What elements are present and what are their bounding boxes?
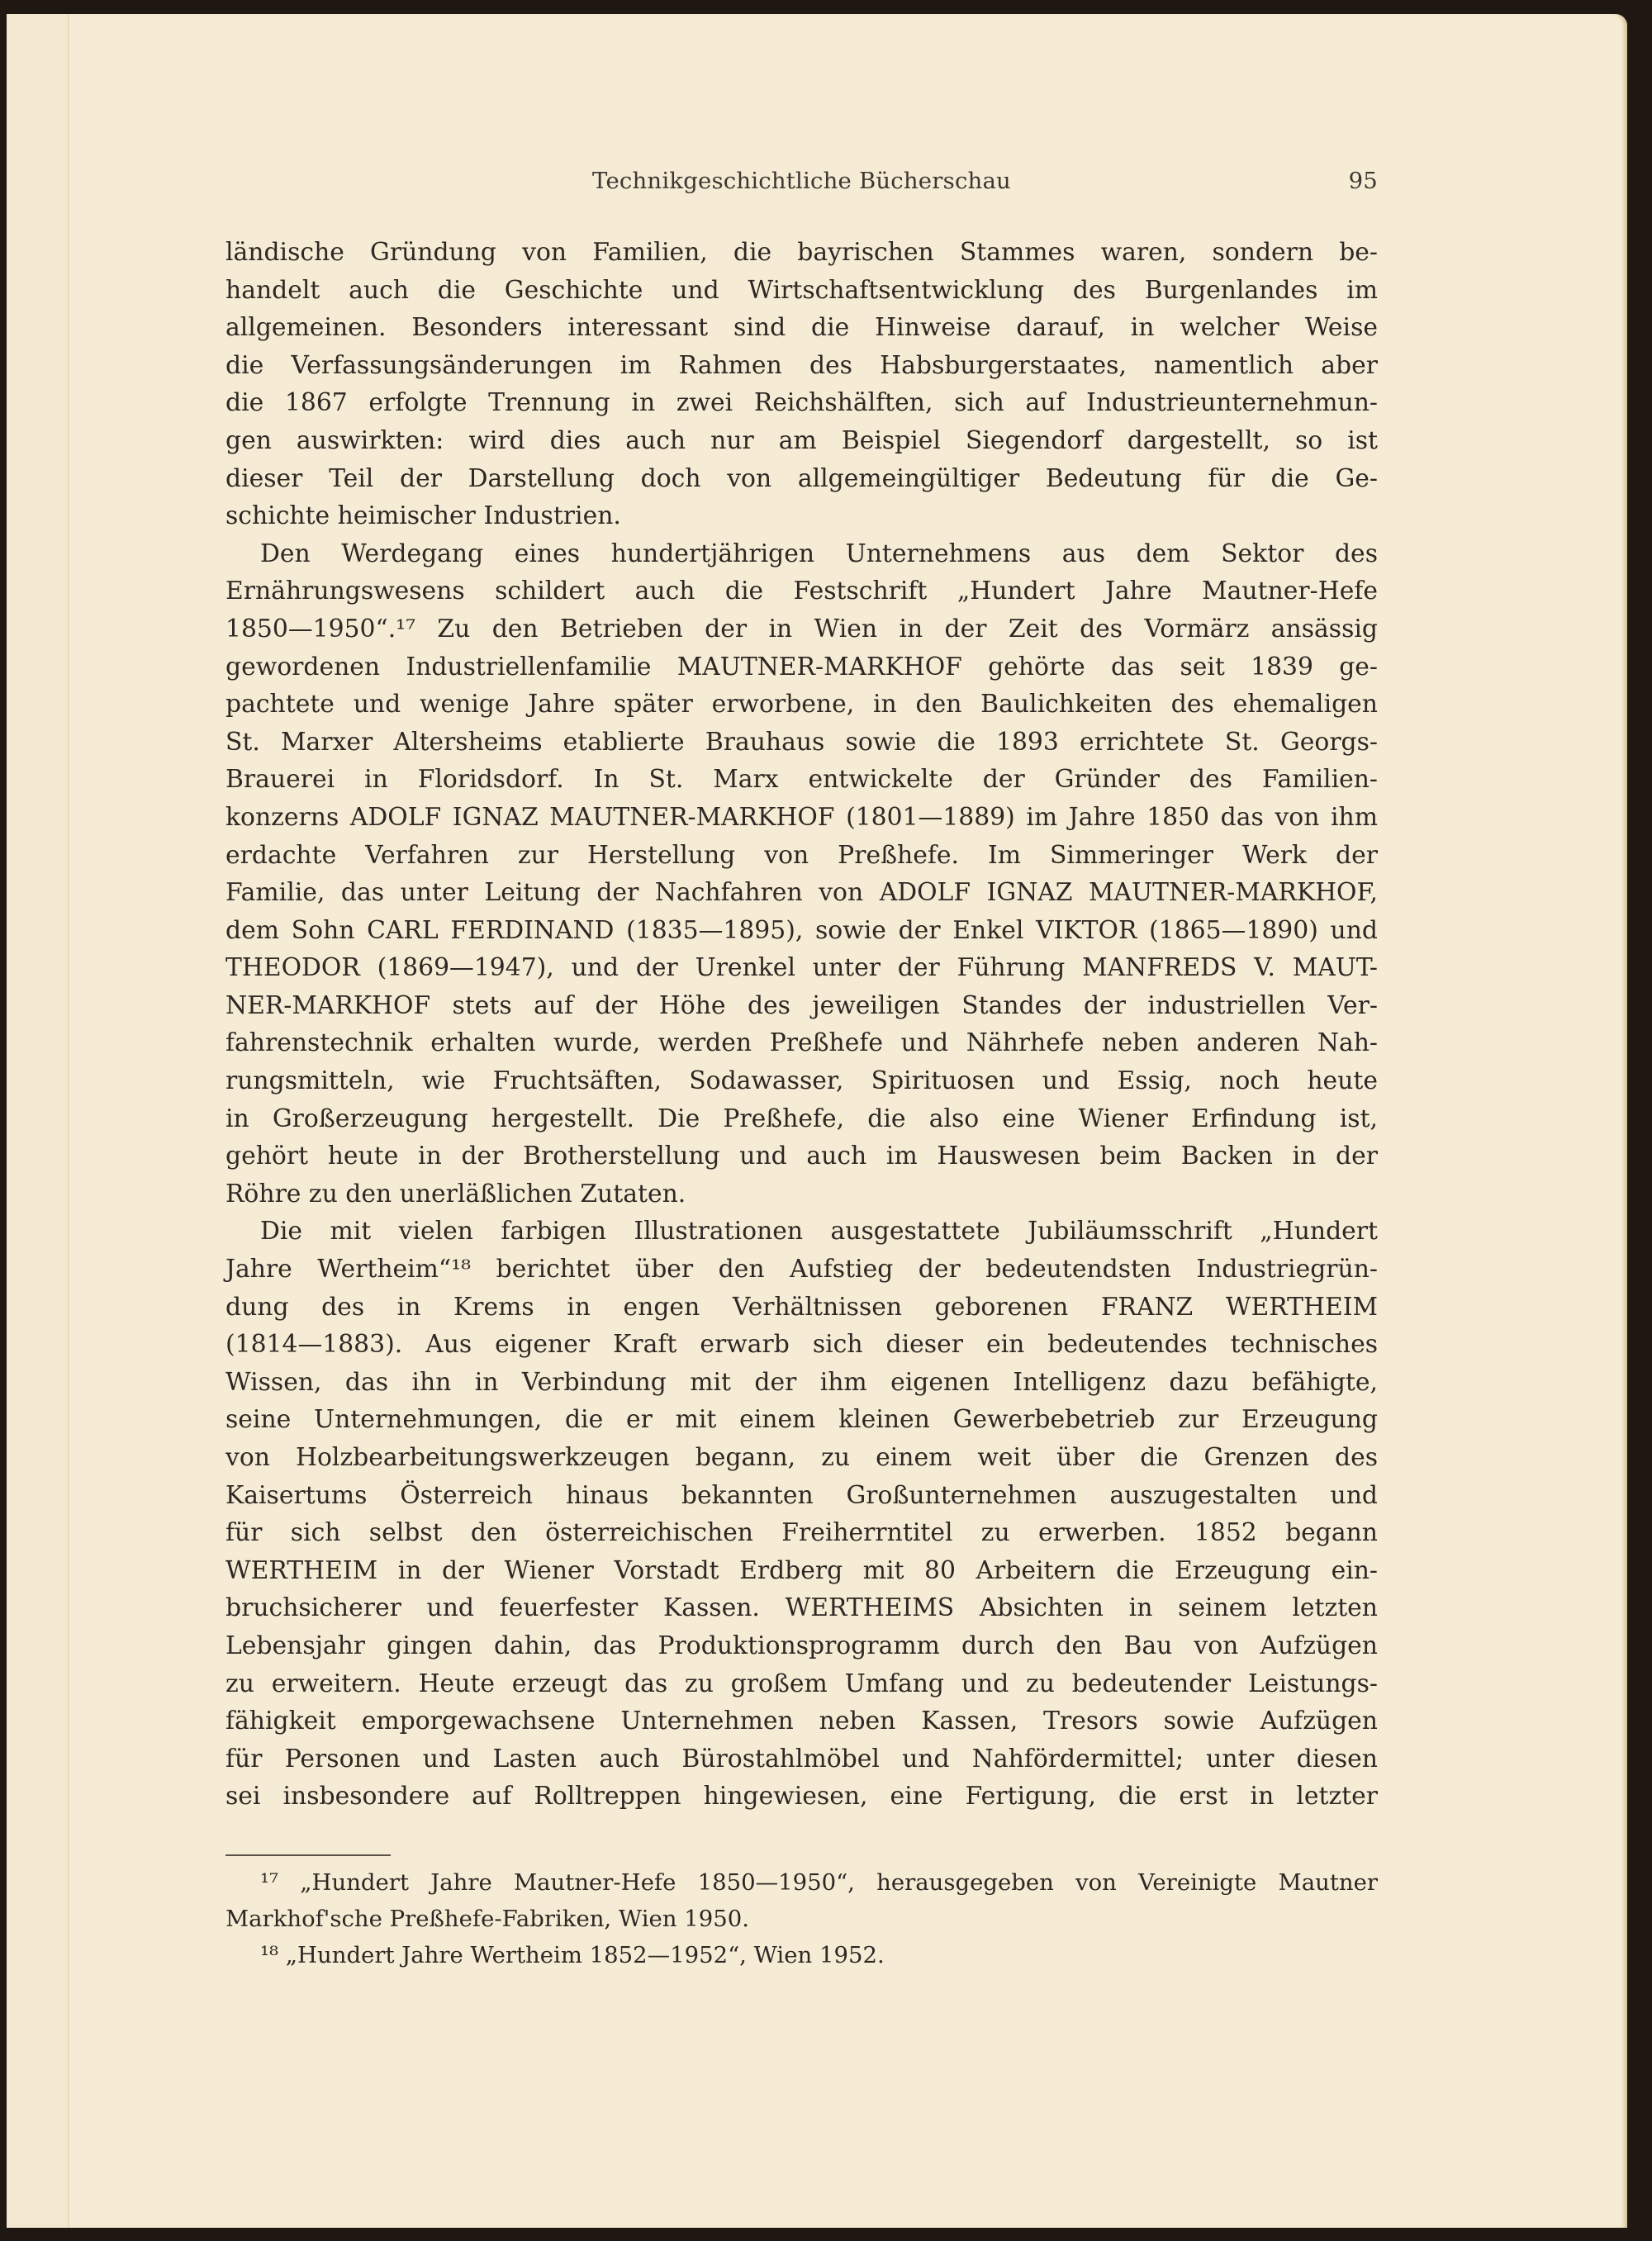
gutter-fold [68,14,70,2228]
footnotes: ¹⁷ „Hundert Jahre Mautner-Hefe 1850—1950… [225,1864,1378,1973]
text-line: ländische Gründung von Familien, die bay… [225,234,1378,272]
text-line: fahrenstechnik erhalten wurde, werden Pr… [225,1024,1378,1062]
footnote-line: ¹⁸ „Hundert Jahre Wertheim 1852—1952“, W… [225,1937,1378,1973]
body-text: ländische Gründung von Familien, die bay… [225,234,1378,1816]
text-line: von Holzbearbeitungswerkzeugen begann, z… [225,1439,1378,1477]
text-line: Den Werdegang eines hundertjährigen Unte… [225,535,1378,573]
text-line: Familie, das unter Leitung der Nachfahre… [225,874,1378,912]
footnote-rule [225,1854,391,1856]
text-line: THEODOR (1869—1947), und der Urenkel unt… [225,949,1378,987]
page-number: 95 [1349,168,1378,194]
text-line: zu erweitern. Heute erzeugt das zu große… [225,1665,1378,1703]
text-line: rungsmitteln, wie Fruchtsäften, Sodawass… [225,1062,1378,1100]
text-line: Kaisertums Österreich hinaus bekannten G… [225,1477,1378,1515]
text-line: dieser Teil der Darstellung doch von all… [225,460,1378,498]
text-line: schichte heimischer Industrien. [225,497,1378,535]
text-line: Röhre zu den unerläßlichen Zutaten. [225,1175,1378,1213]
facing-page-edge [7,14,68,2228]
running-header: Technikgeschichtliche Bücherschau 95 [225,168,1378,201]
text-line: Jahre Wertheim“¹⁸ berichtet über den Auf… [225,1251,1378,1289]
text-line: dung des in Krems in engen Verhältnissen… [225,1289,1378,1327]
text-line: handelt auch die Geschichte und Wirtscha… [225,272,1378,310]
text-line: fähigkeit emporgewachsene Unternehmen ne… [225,1702,1378,1740]
footnote-line: Markhof'sche Preßhefe-Fabriken, Wien 195… [225,1901,1378,1937]
text-line: konzerns ADOLF IGNAZ MAUTNER-MARKHOF (18… [225,799,1378,837]
text-line: gen auswirkten: wird dies auch nur am Be… [225,422,1378,460]
text-line: Wissen, das ihn in Verbindung mit der ih… [225,1364,1378,1402]
text-line: dem Sohn CARL FERDINAND (1835—1895), sow… [225,912,1378,950]
text-line: Ernährungswesens schildert auch die Fest… [225,572,1378,610]
text-line: Lebensjahr gingen dahin, das Produktions… [225,1627,1378,1665]
running-header-title: Technikgeschichtliche Bücherschau [225,168,1378,194]
text-line: WERTHEIM in der Wiener Vorstadt Erdberg … [225,1552,1378,1590]
text-line: St. Marxer Altersheims etablierte Brauha… [225,724,1378,762]
text-line: bruchsicherer und feuerfester Kassen. WE… [225,1589,1378,1627]
text-line: allgemeinen. Besonders interessant sind … [225,309,1378,347]
book-page: Technikgeschichtliche Bücherschau 95 län… [7,14,1627,2228]
footnote-line: ¹⁷ „Hundert Jahre Mautner-Hefe 1850—1950… [225,1864,1378,1901]
text-line: (1814—1883). Aus eigener Kraft erwarb si… [225,1326,1378,1364]
text-line: sei insbesondere auf Rolltreppen hingewi… [225,1778,1378,1816]
text-line: Die mit vielen farbigen Illustrationen a… [225,1213,1378,1251]
text-line: die Verfassungsänderungen im Rahmen des … [225,347,1378,385]
text-line: 1850—1950“.¹⁷ Zu den Betrieben der in Wi… [225,610,1378,648]
text-line: erdachte Verfahren zur Herstellung von P… [225,837,1378,875]
text-line: gewordenen Industriellenfamilie MAUTNER-… [225,648,1378,686]
text-line: Brauerei in Floridsdorf. In St. Marx ent… [225,761,1378,799]
text-line: in Großerzeugung hergestellt. Die Preßhe… [225,1100,1378,1138]
text-line: pachtete und wenige Jahre später erworbe… [225,686,1378,724]
text-line: für sich selbst den österreichischen Fre… [225,1514,1378,1552]
text-line: seine Unternehmungen, die er mit einem k… [225,1401,1378,1439]
text-line: NER-MARKHOF stets auf der Höhe des jewei… [225,987,1378,1025]
text-line: für Personen und Lasten auch Bürostahlmö… [225,1740,1378,1778]
text-line: die 1867 erfolgte Trennung in zwei Reich… [225,384,1378,422]
text-line: gehört heute in der Brotherstellung und … [225,1137,1378,1175]
